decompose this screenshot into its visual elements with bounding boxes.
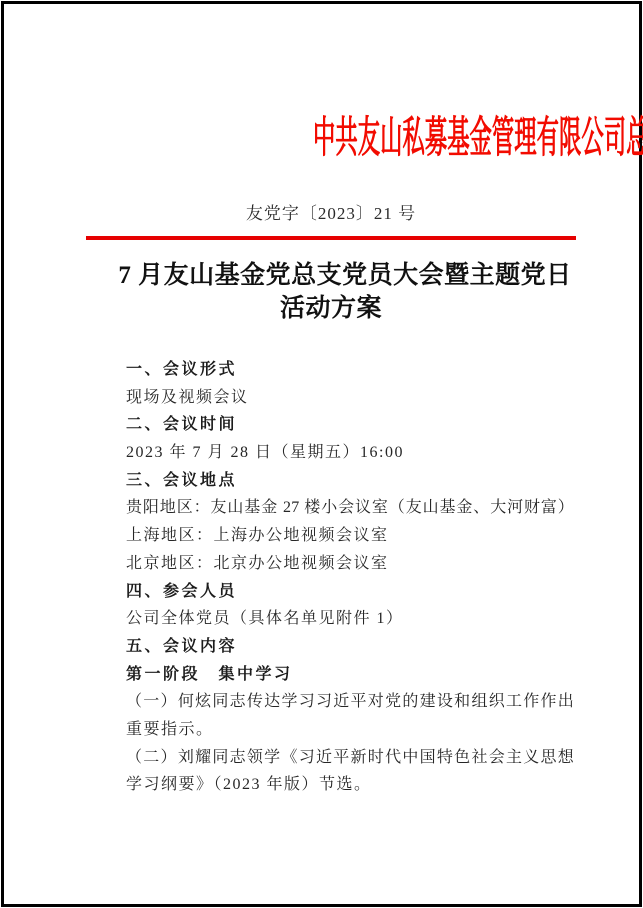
text-item-one-line2: 重要指示。 — [126, 716, 574, 744]
text-participants: 公司全体党员（具体名单见附件 1） — [126, 605, 574, 633]
text-location-shanghai: 上海地区：上海办公地视频会议室 — [126, 522, 574, 550]
text-item-two-line2: 学习纲要》（2023 年版）节选。 — [126, 771, 574, 799]
heading-meeting-location: 三、会议地点 — [126, 467, 574, 495]
text-location-beijing: 北京地区：北京办公地视频会议室 — [126, 550, 574, 578]
document-title: 7 月友山基金党总支党员大会暨主题党日 活动方案 — [86, 259, 576, 325]
heading-meeting-time: 二、会议时间 — [126, 411, 574, 439]
heading-meeting-format: 一、会议形式 — [126, 356, 574, 384]
document-title-line2: 活动方案 — [86, 292, 576, 325]
document-body: 一、会议形式 现场及视频会议 二、会议时间 2023 年 7 月 28 日（星期… — [126, 356, 574, 799]
heading-stage-one: 第一阶段 集中学习 — [126, 661, 574, 689]
document-content: 中共友山私募基金管理有限公司总支部委员会文件 友党字〔2023〕21 号 7 月… — [86, 4, 576, 904]
text-item-one-line1: （一）何炫同志传达学习习近平对党的建设和组织工作作出 — [126, 688, 574, 716]
issuing-authority-title: 中共友山私募基金管理有限公司总支部委员会文件 — [313, 104, 643, 174]
text-meeting-time: 2023 年 7 月 28 日（星期五）16:00 — [126, 439, 574, 467]
document-number: 友党字〔2023〕21 号 — [86, 200, 576, 228]
document-title-line1: 7 月友山基金党总支党员大会暨主题党日 — [100, 259, 590, 292]
heading-participants: 四、参会人员 — [126, 578, 574, 606]
heading-meeting-content: 五、会议内容 — [126, 633, 574, 661]
text-meeting-format: 现场及视频会议 — [126, 384, 574, 412]
page-border: 中共友山私募基金管理有限公司总支部委员会文件 友党字〔2023〕21 号 7 月… — [1, 1, 642, 907]
document-page: 中共友山私募基金管理有限公司总支部委员会文件 友党字〔2023〕21 号 7 月… — [0, 0, 643, 908]
text-location-guiyang: 贵阳地区：友山基金 27 楼小会议室（友山基金、大河财富） — [126, 494, 574, 522]
text-item-two-line1: （二）刘耀同志领学《习近平新时代中国特色社会主义思想 — [126, 744, 574, 772]
red-header-banner: 中共友山私募基金管理有限公司总支部委员会文件 — [86, 104, 576, 174]
red-divider-rule — [86, 236, 576, 240]
